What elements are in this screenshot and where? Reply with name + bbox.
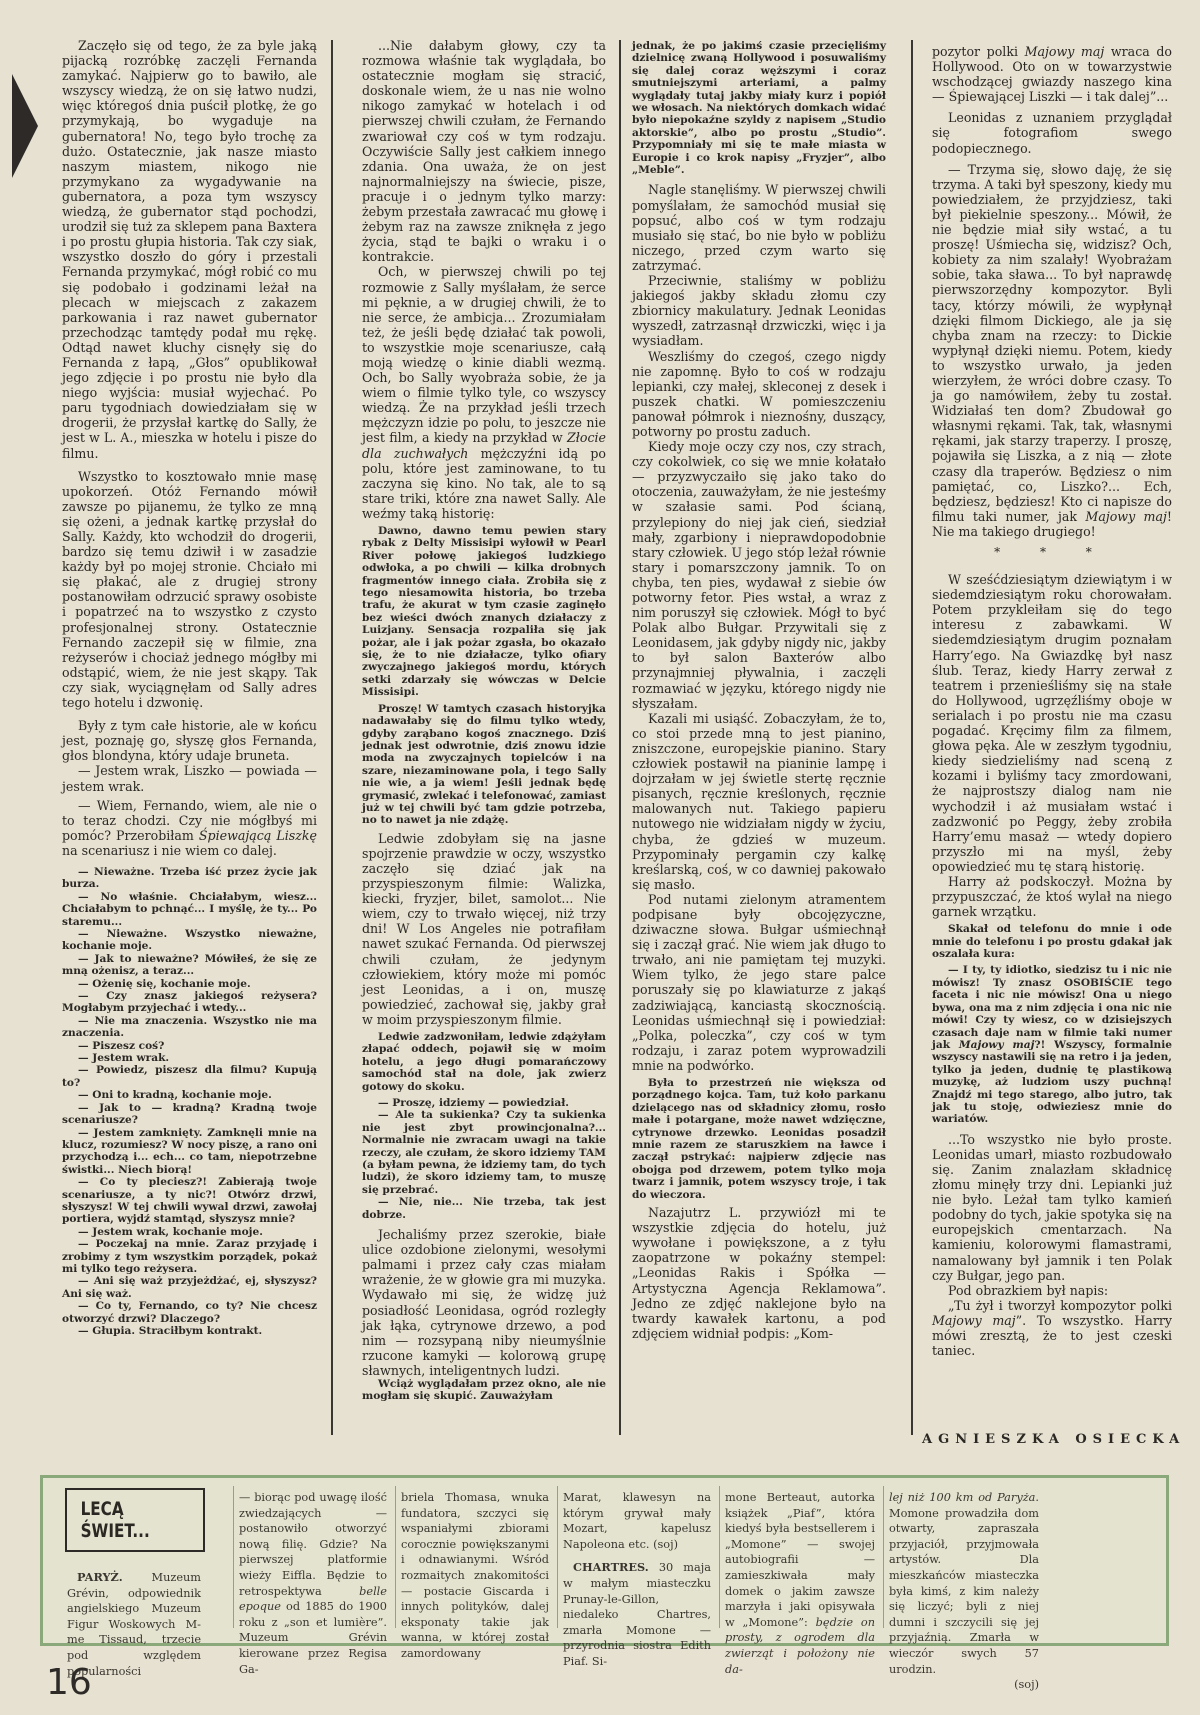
paragraph: Jechaliśmy przez szerokie, białe ulice o… [362,1227,606,1378]
news-text: Marat, klawesyn na którym grywał mały Mo… [563,1490,711,1552]
paragraph: — Trzyma się, słowo daję, że się trzyma.… [932,162,1172,539]
dialogue-line: — Głupia. Straciłbym kontrakt. [62,1325,317,1337]
arrow-marker-icon [12,74,38,178]
paragraph: Nagle stanęliśmy. W pierwszej chwili pom… [632,182,886,273]
paragraph: ...Nie dałabym głowy, czy ta rozmowa wła… [362,38,606,264]
paragraph: Wszystko to kosztowało mnie masę upokorz… [62,469,317,711]
paragraph: Ledwie zdobyłam się na jasne spojrzenie … [362,831,606,1027]
column-divider [883,1486,884,1628]
column-divider [911,40,913,1435]
byline-initials: (soj) [889,1677,1039,1693]
dialogue-line: — Jestem zamknięty. Zamknęli mnie na klu… [62,1127,317,1177]
news-column-2: — biorąc pod uwagę ilość zwiedzających —… [239,1490,387,1677]
paragraph: Pod nutami zielonym atramentem podpisane… [632,892,886,1073]
section-title-box: LECĄ ŚWIET... [65,1488,205,1552]
paragraph: Weszliśmy do czegoś, czego nigdy nie zap… [632,349,886,440]
news-column-5: mone Berteaut, autorka książek „Piaf”, k… [725,1490,875,1677]
paragraph: „Tu żył i tworzył kompozytor polki Majow… [932,1298,1172,1358]
dialogue-line: — Jestem wrak, kochanie moje. [62,1226,317,1238]
dialogue-line: — Jak to — kradną? Kradną twoje scenariu… [62,1102,317,1127]
dialogue-line: — Co ty, Fernando, co ty? Nie chcesz otw… [62,1300,317,1325]
dialogue-line: — Ożenię się, kochanie moje. [62,978,317,990]
paragraph: pozytor polki Majowy maj wraca do Hollyw… [932,44,1172,104]
paragraph: Były z tym całe historie, ale w końcu je… [62,718,317,763]
paragraph: — Jestem wrak, Liszko — powiada — jestem… [62,763,317,793]
news-text: lej niż 100 km od Paryża. Momone prowadz… [889,1490,1039,1677]
paragraph: Zaczęło się od tego, że za byle jaką pij… [62,38,317,461]
dialogue-line: — Ale ta sukienka? Czy ta sukienka nie j… [362,1109,606,1196]
paragraph-small: Ledwie zadzwoniłam, ledwie zdążyłam złap… [362,1031,606,1093]
news-column-4: Marat, klawesyn na którym grywał mały Mo… [563,1490,711,1670]
article-column-4: pozytor polki Majowy maj wraca do Hollyw… [932,44,1172,1358]
paragraph-small: — I ty, ty idiotko, siedzisz tu i nic ni… [932,964,1172,1125]
news-column-6: lej niż 100 km od Paryża. Momone prowadz… [889,1490,1039,1693]
paragraph: Och, w pierwszej chwili po tej rozmowie … [362,264,606,521]
page-number: 16 [46,1662,92,1703]
paragraph: Harry aż podskoczył. Można by przypuszcz… [932,874,1172,919]
paragraph: ...To wszystko nie było proste. Leonidas… [932,1132,1172,1283]
dialogue-line: — Poczekaj na mnie. Zaraz przyjadę i zro… [62,1238,317,1275]
paragraph: Kiedy moje oczy czy nos, czy strach, czy… [632,439,886,711]
dateline: PARYŻ. [77,1570,123,1584]
news-text: — biorąc pod uwagę ilość zwiedzających —… [239,1490,387,1677]
paragraph-small: Wciąż wyglądałam przez okno, ale nie mog… [362,1378,606,1403]
paragraph-small: Proszę! W tamtych czasach historyjka nad… [362,703,606,827]
column-divider [233,1486,234,1628]
paragraph: — Wiem, Fernando, wiem, ale nie o to ter… [62,798,317,858]
paragraph-small: Była to przestrzeń nie większa od porząd… [632,1077,886,1201]
dialogue-line: — Proszę, idziemy — powiedział. [362,1097,606,1109]
paragraph: Leonidas z uznaniem przyglądał się fotog… [932,110,1172,155]
paragraph: Przeciwnie, staliśmy w pobliżu jakiegoś … [632,273,886,348]
news-item: CHARTRES. 30 maja w małym miasteczku Pru… [563,1560,711,1669]
paragraph: W sześćdziesiątym dziewiątym i w siedemd… [932,572,1172,874]
dialogue-line: — No właśnie. Chciałabym, wiesz... Chcia… [62,891,317,928]
dateline: CHARTRES. [573,1560,649,1574]
section-title: LECĄ ŚWIET... [81,1498,190,1542]
article-column-3: jednak, że po jakimś czasie przecięliśmy… [632,40,886,1341]
section-break-stars: * * * [932,545,1172,560]
paragraph-small: Dawno, dawno temu pewien stary rybak z D… [362,525,606,699]
dialogue-line: — Nieważne. Wszystko nieważne, kochanie … [62,928,317,953]
dialogue-line: — Co ty pleciesz?! Zabierają twoje scena… [62,1176,317,1226]
article-column-2: ...Nie dałabym głowy, czy ta rozmowa wła… [362,38,606,1403]
dialogue-line: — Ani się waż przyjeżdżać, ej, słyszysz?… [62,1275,317,1300]
dialogue-line: — Powiedz, piszesz dla filmu? Kupują to? [62,1064,317,1089]
dialogue-line: — Jestem wrak. [62,1052,317,1064]
news-column-3: briela Thomasa, wnuka fundatora, szczyci… [401,1490,549,1662]
paragraph-small: Skakał od telefonu do mnie i ode mnie do… [932,923,1172,960]
column-divider [719,1486,720,1628]
paragraph: Kazali mi usiąść. Zobaczyłam, że to, co … [632,711,886,892]
news-box: LECĄ ŚWIET... PARYŻ. Muzeum Grévin, odpo… [40,1475,1169,1646]
article-column-1: Zaczęło się od tego, że za byle jaką pij… [62,38,317,1337]
dialogue-line: — Nieważne. Trzeba iść przez życie jak b… [62,866,317,891]
paragraph-small: jednak, że po jakimś czasie przecięliśmy… [632,40,886,176]
magazine-page: Zaczęło się od tego, że za byle jaką pij… [0,0,1200,1715]
news-text: mone Berteaut, autorka książek „Piaf”, k… [725,1490,875,1677]
column-divider [557,1486,558,1628]
column-divider [395,1486,396,1628]
paragraph: Pod obrazkiem był napis: [932,1283,1172,1298]
column-divider [331,40,333,1435]
dialogue-line: — Oni to kradną, kochanie moje. [62,1089,317,1101]
dialogue-line: — Nie, nie... Nie trzeba, tak jest dobrz… [362,1196,606,1221]
dialogue-line: — Czy znasz jakiegoś reżysera? Mogłabym … [62,990,317,1015]
author-signature: AGNIESZKA OSIECKA [922,1432,1185,1447]
dialogue-block: — Nieważne. Trzeba iść przez życie jak b… [62,866,317,1337]
news-text: briela Thomasa, wnuka fundatora, szczyci… [401,1490,549,1662]
dialogue-line: — Piszesz coś? [62,1040,317,1052]
column-divider [619,40,621,1435]
dialogue-line: — Nie ma znaczenia. Wszystko nie ma znac… [62,1015,317,1040]
paragraph: Nazajutrz L. przywiózł mi te wszystkie z… [632,1205,886,1341]
dialogue-line: — Jak to nieważne? Mówiłeś, że się ze mn… [62,953,317,978]
